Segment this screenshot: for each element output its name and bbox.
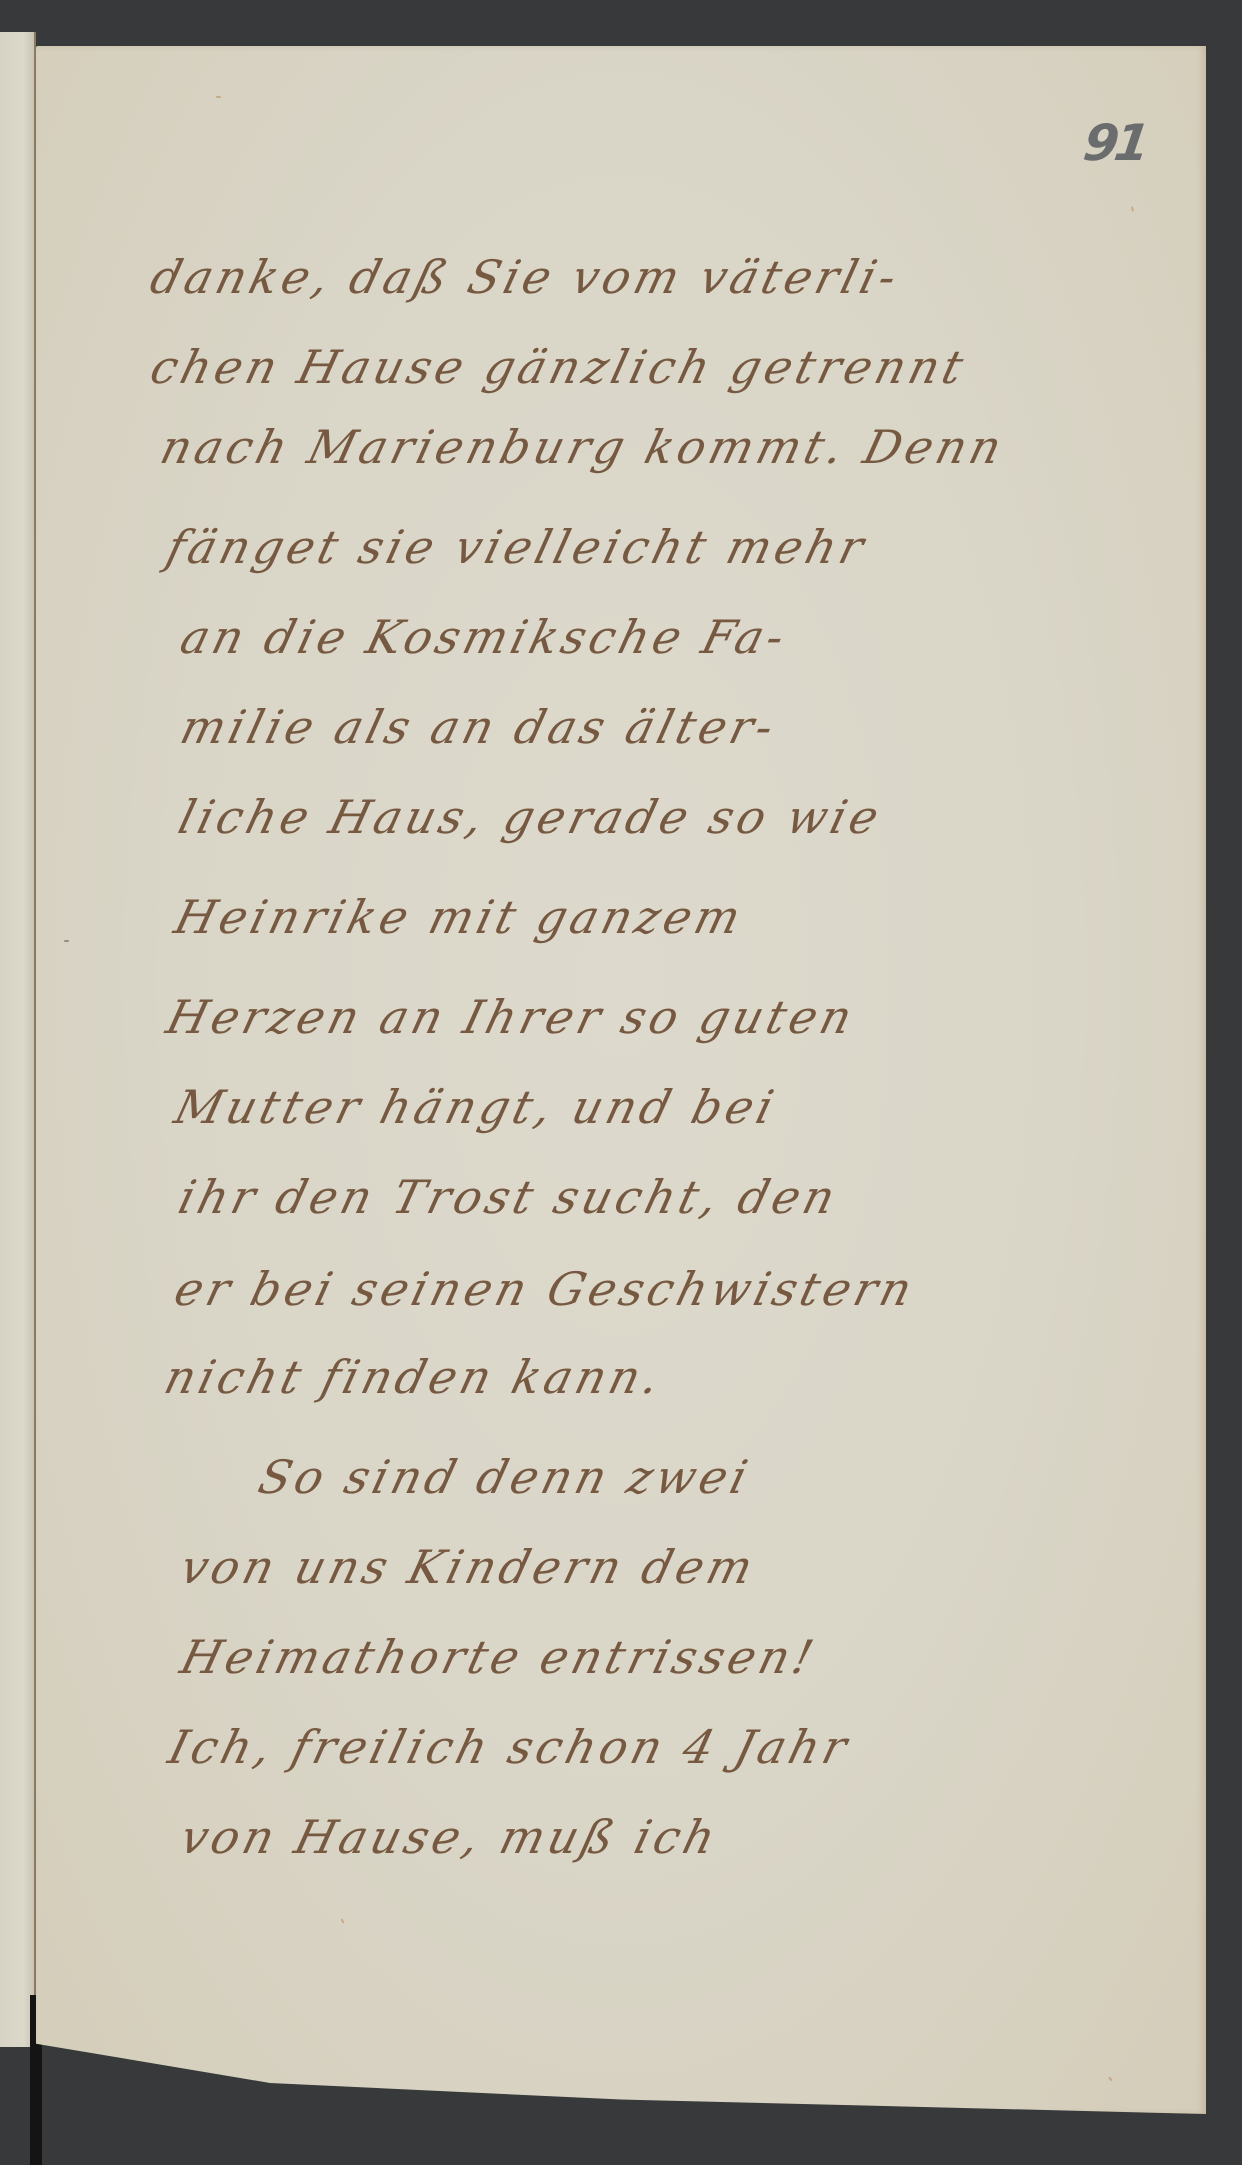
manuscript-line: Heimathorte entrissen!: [175, 1630, 822, 1684]
manuscript-line: liche Haus, gerade so wie: [173, 790, 888, 844]
paper-speck: [64, 940, 69, 942]
manuscript-line: So sind denn zwei: [253, 1450, 756, 1504]
manuscript-line: Mutter hängt, und bei: [169, 1080, 783, 1134]
facing-page-edge: [0, 32, 36, 2047]
manuscript-line: Heinrike mit ganzem: [169, 890, 750, 944]
manuscript-line: von uns Kindern dem: [175, 1540, 762, 1594]
manuscript-line: nicht finden kann.: [159, 1350, 669, 1404]
folio-number: 91: [1080, 114, 1150, 172]
manuscript-line: er bei seinen Geschwistern: [169, 1262, 921, 1316]
manuscript-line: an die Kosmiksche Fa-: [175, 610, 793, 664]
manuscript-line: nach Marienburg kommt. Denn: [155, 420, 1011, 474]
manuscript-line: ihr den Trost sucht, den: [173, 1170, 844, 1224]
paper-speck: [216, 96, 221, 98]
manuscript-line: Ich, freilich schon 4 Jahr: [163, 1720, 856, 1774]
manuscript-line: Herzen an Ihrer so guten: [161, 990, 861, 1044]
manuscript-line: von Hause, muß ich: [175, 1810, 724, 1864]
manuscript-line: chen Hause gänzlich getrennt: [145, 340, 972, 394]
manuscript-line: danke, daß Sie vom väterli-: [145, 250, 906, 304]
manuscript-line: milie als an das älter-: [175, 700, 783, 754]
manuscript-line: fänget sie vielleicht mehr: [161, 520, 873, 574]
